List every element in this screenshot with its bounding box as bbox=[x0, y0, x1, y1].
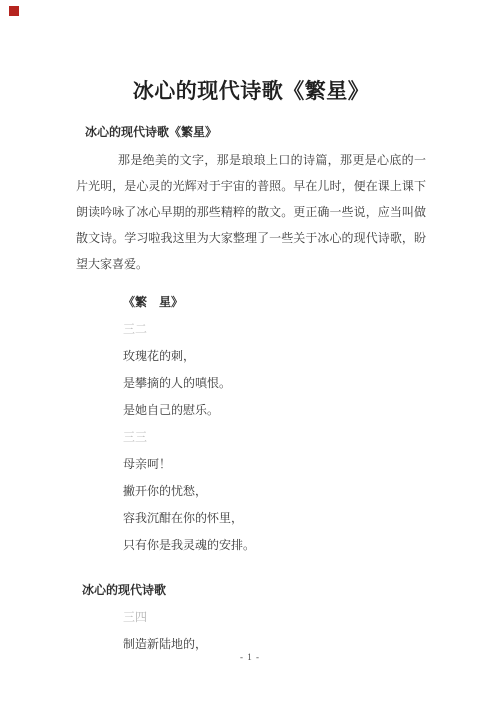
intro-paragraph: 那是绝美的文字，那是琅琅上口的诗篇，那更是心底的一片光明，是心灵的光辉对于宇宙的… bbox=[76, 147, 426, 277]
verse-line: 母亲呵！ bbox=[123, 451, 426, 478]
stanza-number: 三三 bbox=[123, 424, 426, 451]
verse-line: 玫瑰花的刺， bbox=[123, 343, 426, 370]
section-heading: 冰心的现代诗歌 bbox=[82, 577, 426, 604]
verse-line: 只有你是我灵魂的安排。 bbox=[123, 532, 426, 559]
page-number: - 1 - bbox=[0, 652, 500, 662]
document-subheading: 冰心的现代诗歌《繁星》 bbox=[85, 122, 426, 142]
verse-line: 撇开你的忧愁， bbox=[123, 478, 426, 505]
document-content: 冰心的现代诗歌《繁星》 冰心的现代诗歌《繁星》 那是绝美的文字，那是琅琅上口的诗… bbox=[0, 0, 500, 658]
verse-line: 容我沉酣在你的怀里， bbox=[123, 505, 426, 532]
poem-title: 《繁 星》 bbox=[123, 289, 426, 316]
verse-line: 是她自己的慰乐。 bbox=[123, 397, 426, 424]
stanza-number: 三二 bbox=[123, 316, 426, 343]
document-title: 冰心的现代诗歌《繁星》 bbox=[76, 76, 426, 106]
stanza-number: 三四 bbox=[123, 604, 426, 631]
verse-line: 是攀摘的人的嗔恨。 bbox=[123, 370, 426, 397]
document-page: 冰心的现代诗歌《繁星》 冰心的现代诗歌《繁星》 那是绝美的文字，那是琅琅上口的诗… bbox=[0, 0, 500, 707]
